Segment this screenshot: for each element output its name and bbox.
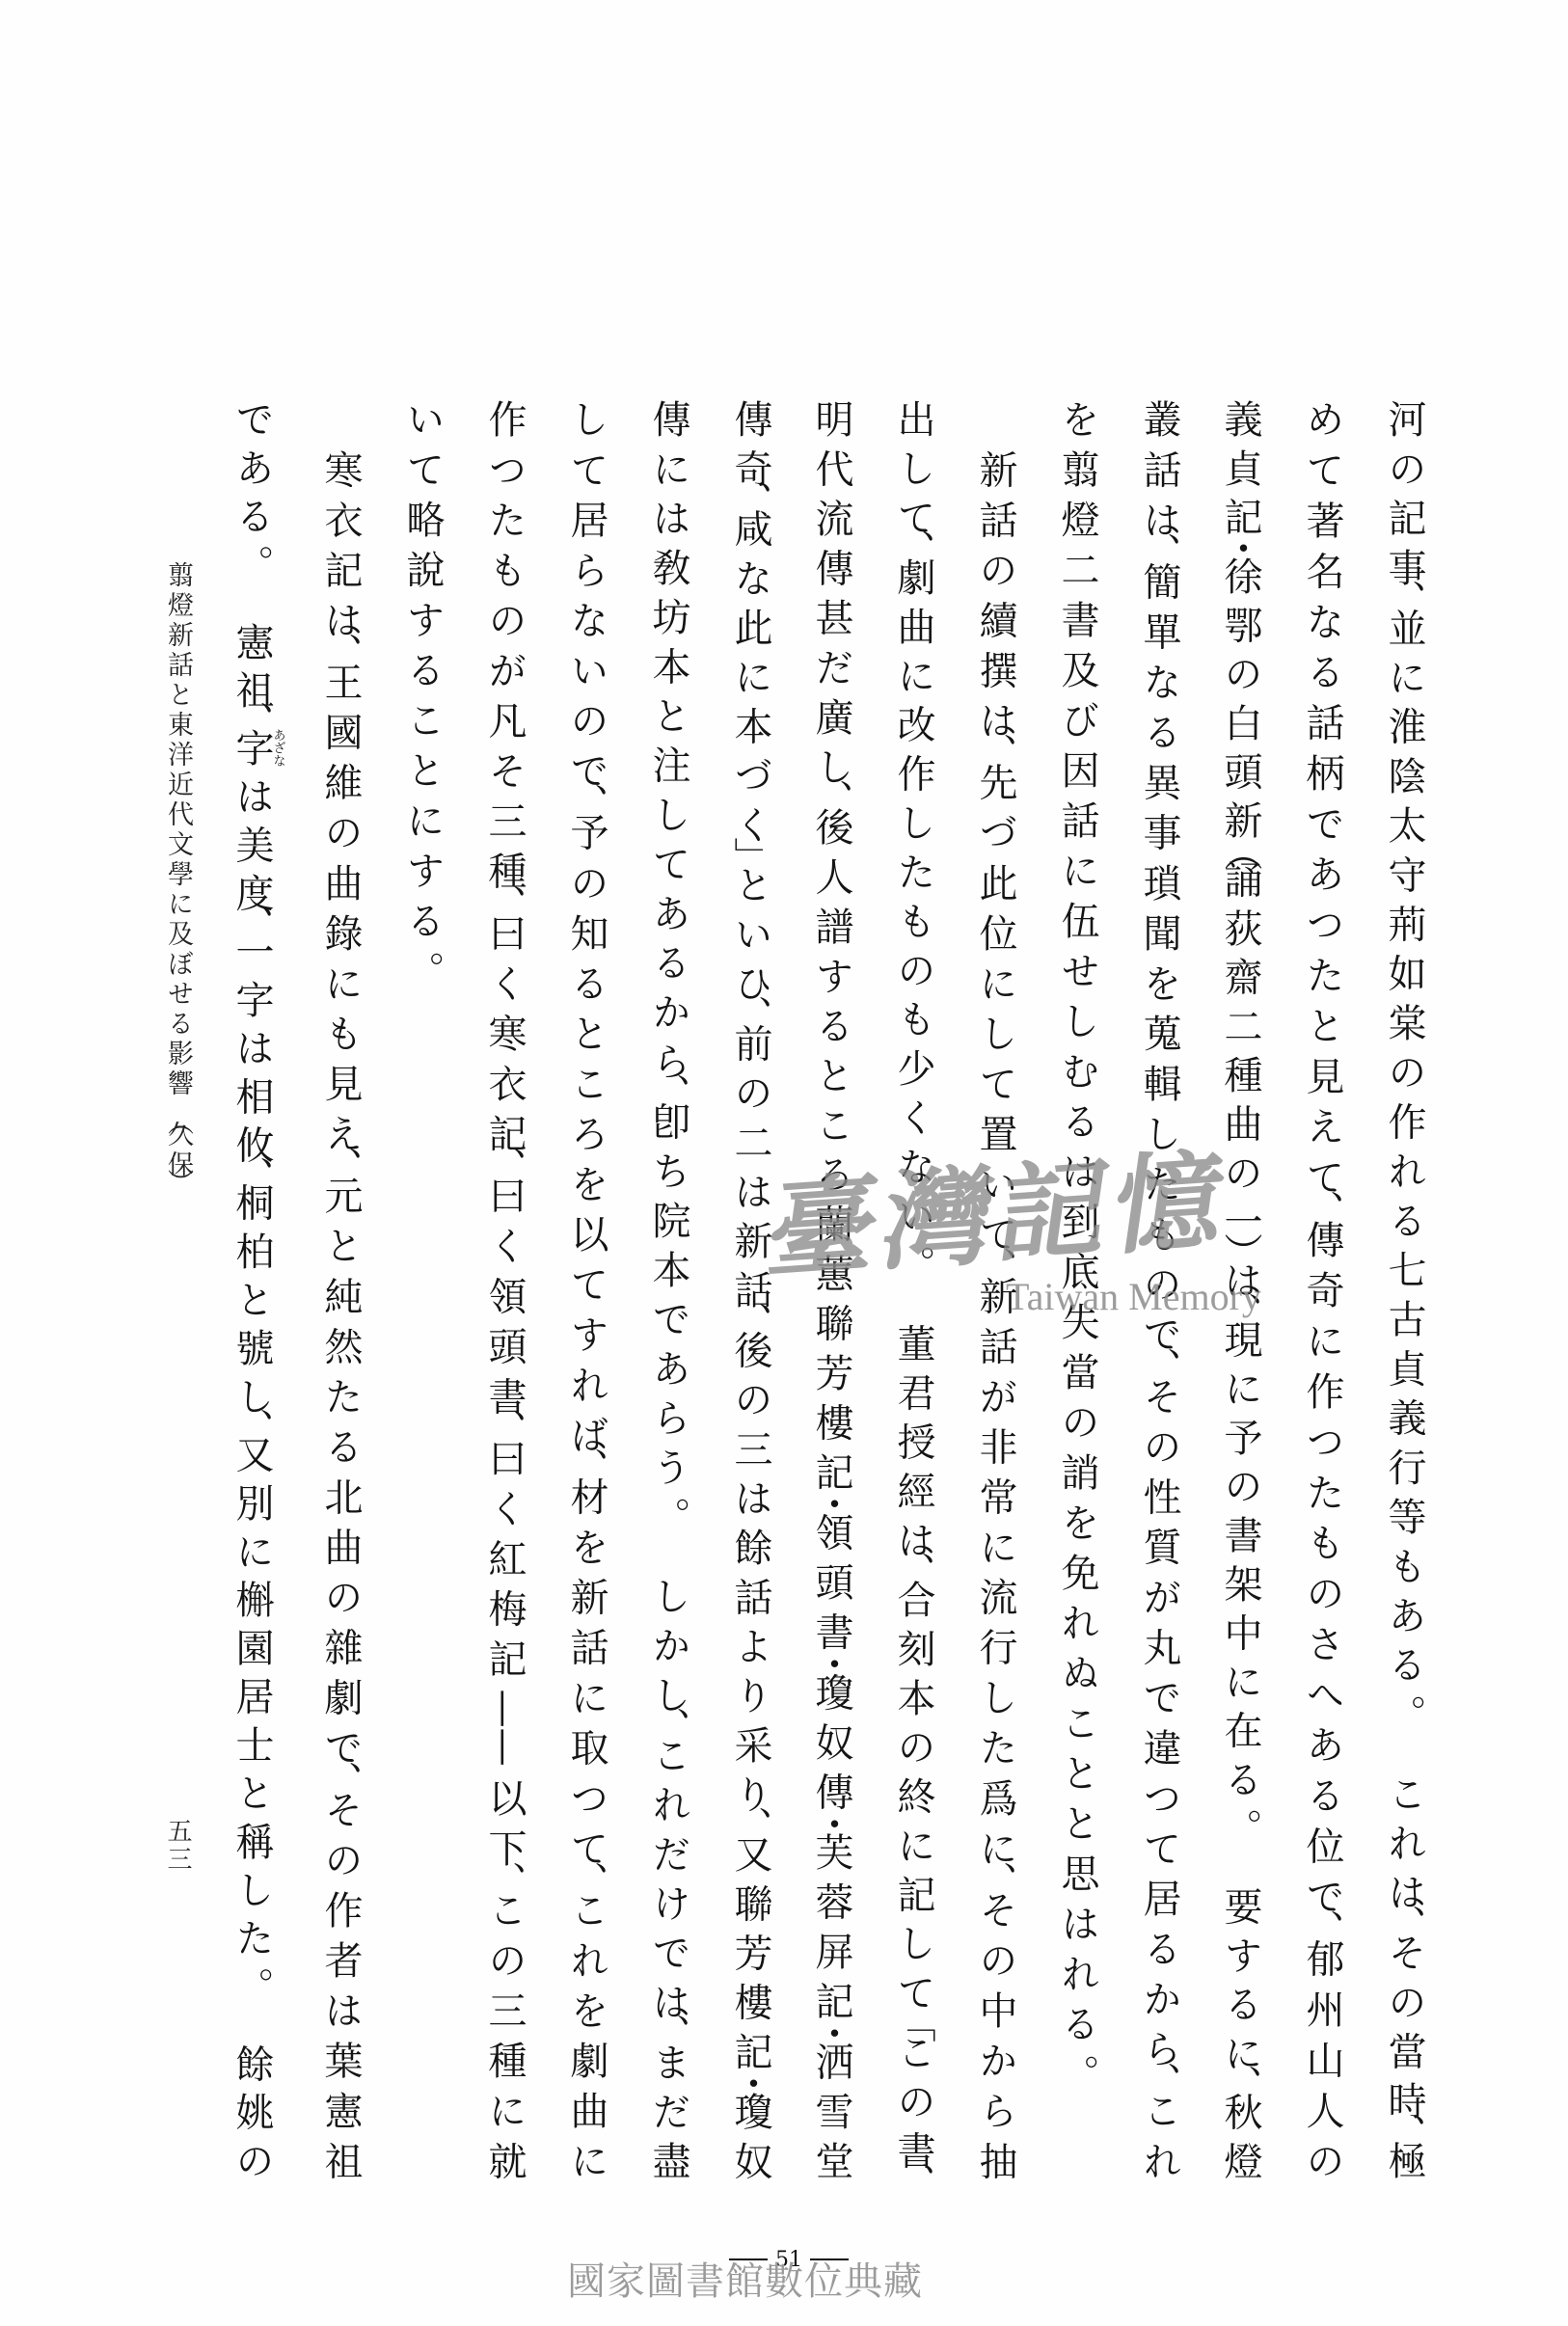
footer-page-number: 51 bbox=[712, 2245, 866, 2274]
text-column-5: を翦燈二書及び因話に伍せしむるは到底失當の誚を免れぬことと思はれる。 bbox=[1052, 399, 1102, 2179]
text-column-4: 叢話は、簡單なる異事瑣聞を蒐輯したもので、その性質が丸で違つて居るから、これ bbox=[1134, 399, 1184, 2179]
running-header-title: 翦燈新話と東洋近代文學に及ぼせる影響 bbox=[163, 561, 193, 1099]
text-column-10: 傳には敎坊本と注してあるから、卽ち院本であらう。 しかし、これだけでは、まだ盡 bbox=[643, 399, 693, 2179]
scanned-page: 翦燈新話と東洋近代文學に及ぼせる影響（久保） 五三 河の記事、並に淮陰太守荊如棠… bbox=[0, 0, 1568, 2326]
text-column-6: 新話の續撰は、先づ此位にして置いて、新話が非常に流行した爲に、その中から抽 bbox=[970, 399, 1020, 2179]
text-column-2: めて著名なる話柄であつたと見えて、傳奇に作つたものさへある位で、郁州山人の bbox=[1297, 399, 1347, 2179]
text-column-12: 作つたものが凡そ三種、曰く寒衣記、曰く領頭書、曰く紅梅記——以下、この三種に就 bbox=[479, 399, 529, 2179]
footer-dash-left bbox=[729, 2258, 768, 2260]
text-column-1: 河の記事、並に淮陰太守荊如棠の作れる七古貞義行等もある。 これは、その當時、極 bbox=[1379, 399, 1429, 2179]
margin-page-number: 五三 bbox=[161, 1818, 192, 1874]
text-column-9: 傳奇、咸な此に本づく」といひ、前の二は新話、後の三は餘話より采り、又聯芳樓記・瓊… bbox=[725, 399, 775, 2179]
text-column-13: いて略說することにする。 bbox=[397, 399, 447, 2179]
footer-dash-right bbox=[810, 2258, 849, 2260]
text-column-3: 義貞記・徐鄂の白頭新（誦荻齋二種曲の一）は、現に予の書架中に在る。 要するに、秋… bbox=[1215, 399, 1265, 2179]
text-column-14: 寒衣記は、王國維の曲錄にも見え、元と純然たる北曲の雜劇で、その作者は葉憲祖 bbox=[315, 399, 365, 2179]
running-header: 翦燈新話と東洋近代文學に及ぼせる影響（久保） bbox=[160, 561, 193, 1275]
text-column-15: である。 憲祖、字あざなは美度、一字は相攸、桐柏と號し、又別に槲園居士と稱した。… bbox=[234, 399, 284, 2179]
text-column-8: 明代流傳甚だ廣し、後人譜するところ蘭蕙聯芳樓記・領頭書・瓊奴傳・芙蓉屏記・洒雪堂 bbox=[806, 399, 856, 2179]
column-15-text-before: である。 憲祖、 bbox=[230, 399, 274, 728]
column-15-text-after: は美度、一字は相攸、桐柏と號し、又別に槲園居士と稱した。 餘姚の bbox=[230, 776, 274, 2179]
running-header-author: （久保） bbox=[163, 1121, 193, 1180]
footer-page-number-value: 51 bbox=[775, 2248, 802, 2272]
text-column-7: 出して、劇曲に改作したものも少くない。 董君授經は、合刻本の終に記して「この書、 bbox=[888, 399, 938, 2179]
text-column-11: して居らないので、予の知るところを以てすれば、材を新話に取つて、これを劇曲に bbox=[561, 399, 611, 2179]
